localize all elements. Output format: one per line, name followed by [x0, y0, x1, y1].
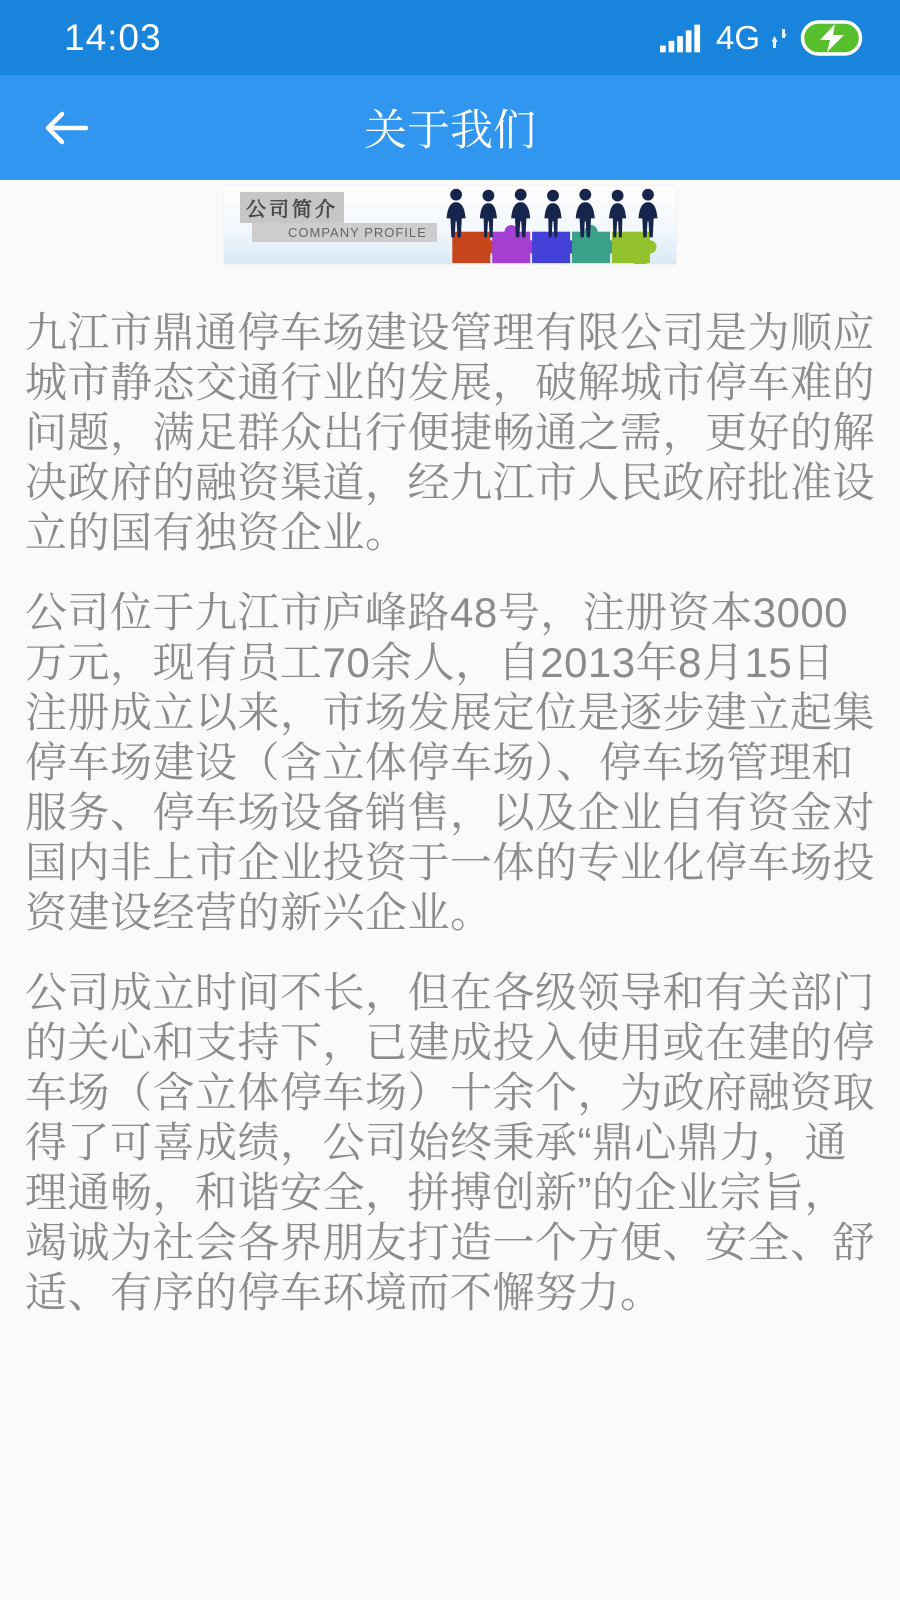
- banner-headings: 公司简介 COMPANY PROFILE: [224, 186, 430, 264]
- about-paragraph-2: 公司位于九江市庐峰路48号，注册资本3000万元，现有员工70余人，自2013年…: [25, 588, 875, 938]
- data-arrows-icon: [772, 27, 788, 49]
- banner-graphic: [430, 186, 676, 264]
- banner-heading-cn: 公司简介: [240, 192, 344, 223]
- app-bar: 关于我们: [0, 75, 900, 180]
- about-paragraph-1: 九江市鼎通停车场建设管理有限公司是为顺应城市静态交通行业的发展，破解城市停车难的…: [25, 308, 875, 558]
- banner-heading-en: COMPANY PROFILE: [252, 223, 437, 242]
- people-puzzle-icon: [435, 188, 671, 264]
- back-arrow-icon: [42, 108, 90, 148]
- signal-strength-icon: [660, 23, 702, 53]
- back-button[interactable]: [36, 98, 96, 158]
- company-profile-banner: 公司简介 COMPANY PROFILE: [224, 186, 676, 264]
- clock: 14:03: [64, 17, 162, 59]
- about-text: 九江市鼎通停车场建设管理有限公司是为顺应城市静态交通行业的发展，破解城市停车难的…: [0, 264, 900, 1318]
- network-type-label: 4G: [716, 19, 760, 57]
- status-bar: 14:03 4G: [0, 0, 900, 75]
- battery-charging-icon: [800, 19, 864, 57]
- about-paragraph-3: 公司成立时间不长，但在各级领导和有关部门的关心和支持下，已建成投入使用或在建的停…: [25, 968, 875, 1318]
- page-title: 关于我们: [0, 97, 900, 158]
- phone-screen: 14:03 4G: [0, 0, 900, 1600]
- status-icons: 4G: [660, 19, 864, 57]
